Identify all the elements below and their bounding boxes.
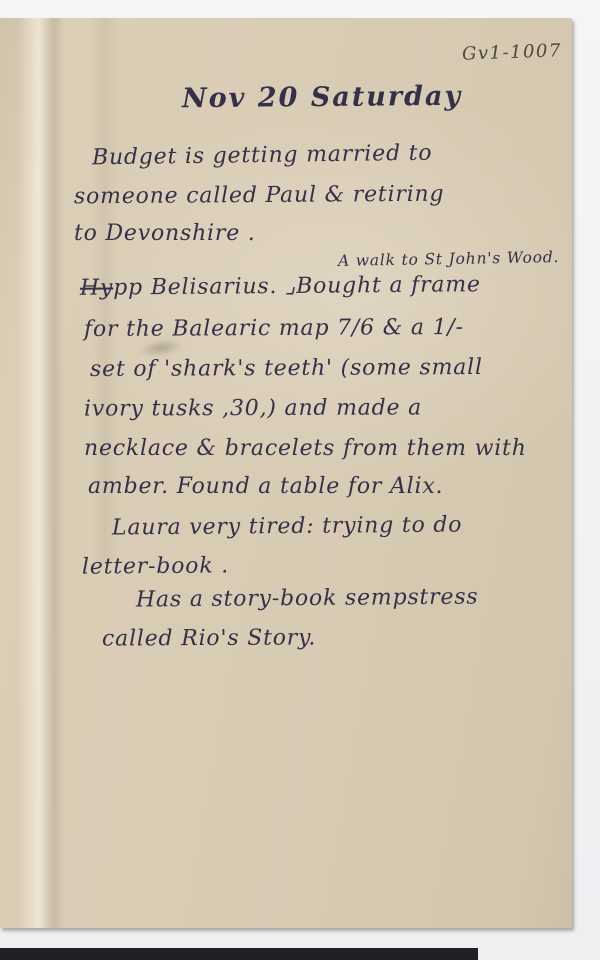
diary-line: called Rio's Story. [102,626,316,651]
diary-line: ivory tusks ,30,) and made a [84,396,422,421]
diary-line: Hypp Belisarius. ⌟Bought a frame [80,273,481,301]
diary-line: A walk to St John's Wood. [338,249,559,270]
diary-page: Gv1-1007 Nov 20 Saturday Budget is getti… [0,18,572,928]
diary-line: Budget is getting married to [92,142,433,171]
struck-text: Hy [80,275,113,300]
paper-fold-crease [18,18,64,928]
scan-edge-shadow [0,948,478,960]
diary-line: for the Balearic map 7/6 & a 1/- [84,316,464,342]
diary-line: amber. Found a table for Alix. [88,475,443,499]
diary-line: someone called Paul & retiring [74,183,445,210]
diary-line: set of 'shark's teeth' (some small [90,356,483,382]
diary-line: Laura very tired: trying to do [112,513,462,540]
catalog-number: Gv1-1007 [462,40,563,64]
diary-line: Has a story-book sempstress [136,586,479,613]
diary-line: letter-book . [82,554,229,579]
diary-line: necklace & bracelets from them with [84,437,527,461]
diary-line: to Devonshire . [74,222,256,246]
diary-text: pp Belisarius. ⌟Bought a frame [113,272,481,300]
diary-date-heading: Nov 20 Saturday [182,81,462,114]
